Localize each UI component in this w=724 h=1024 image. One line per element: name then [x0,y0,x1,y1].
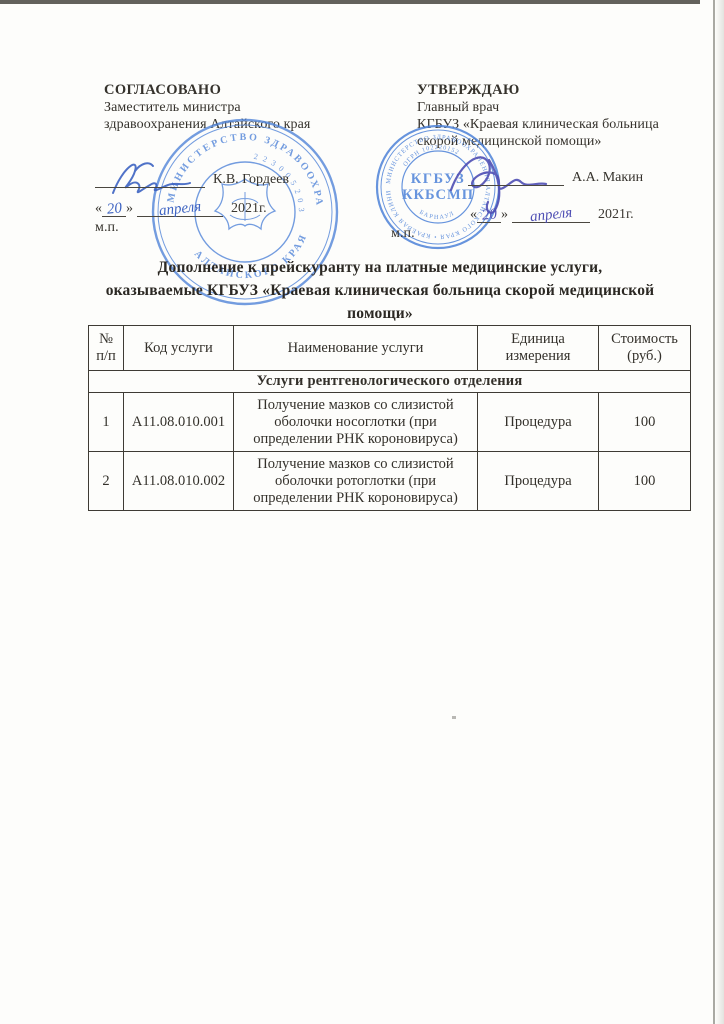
approve-date-month: апреля [512,208,590,223]
document-title-line3: помощи» [70,302,690,325]
header-unit: Единица измерения [478,326,599,371]
services-price-table: № п/п Код услуги Наименование услуги Еди… [88,325,691,511]
approve-date-day: 20 [477,208,501,223]
header-name: Наименование услуги [234,326,478,371]
approve-date-year: 2021г. [598,207,634,223]
approve-signatory-name: А.А. Макин [572,170,643,186]
document-title-line2: оказываемые КГБУЗ «Краевая клиническая б… [70,279,690,302]
table-header-row: № п/п Код услуги Наименование услуги Еди… [89,326,691,371]
approve-role-line2: КГБУЗ «Краевая клиническая больница [417,116,717,133]
approve-signature-row: А.А. Макин [468,170,643,186]
agree-signature-row: К.В. Гордеев [95,172,289,188]
document-title-line1: Дополнение к прейскуранту на платные мед… [70,256,690,279]
row-code: А11.08.010.002 [124,452,234,511]
agree-quote-close: » [126,201,133,217]
agree-signature-line [95,173,205,188]
row-num: 1 [89,393,124,452]
row-price: 100 [599,393,691,452]
agree-date-day: 20 [102,202,126,217]
agree-signatory-name: К.В. Гордеев [213,172,289,188]
table-row: 1 А11.08.010.001 Получение мазков со сли… [89,393,691,452]
approve-heading: УТВЕРЖДАЮ [417,82,717,99]
approve-date-row: « 20 » апреля 2021г. [470,207,634,223]
scan-top-edge-artifact [0,0,700,4]
section-title: Услуги рентгенологического отделения [89,371,691,393]
agree-date-month: апреля [137,202,223,217]
header-code: Код услуги [124,326,234,371]
row-service-name: Получение мазков со слизистой оболочки р… [234,452,478,511]
agree-heading: СОГЛАСОВАНО [104,82,404,99]
header-num: № п/п [89,326,124,371]
row-price: 100 [599,452,691,511]
agree-seal-mark: м.п. [95,219,119,236]
table-row: 2 А11.08.010.002 Получение мазков со сли… [89,452,691,511]
row-unit: Процедура [478,452,599,511]
row-code: А11.08.010.001 [124,393,234,452]
agree-role-line1: Заместитель министра [104,99,404,116]
approve-signature-line [468,171,564,186]
approve-quote-close: » [501,207,508,223]
agree-role-line2: здравоохранения Алтайского края [104,116,404,133]
row-service-name: Получение мазков со слизистой оболочки н… [234,393,478,452]
scanned-document-page: СОГЛАСОВАНО Заместитель министра здравоо… [0,0,724,1024]
agree-block: СОГЛАСОВАНО Заместитель министра здравоо… [104,82,404,133]
row-unit: Процедура [478,393,599,452]
approve-seal-mark: м.п. [391,225,415,242]
agree-quote-open: « [95,201,102,217]
table-section-row: Услуги рентгенологического отделения [89,371,691,393]
scan-right-edge-shadow [715,0,724,1024]
approve-quote-open: « [470,207,477,223]
approve-block: УТВЕРЖДАЮ Главный врач КГБУЗ «Краевая кл… [417,82,717,150]
approve-role-line1: Главный врач [417,99,717,116]
document-title: Дополнение к прейскуранту на платные мед… [70,256,690,325]
header-price: Стоимость (руб.) [599,326,691,371]
scan-speck [452,716,456,719]
agree-date-row: « 20 » апреля 2021г. [95,201,267,217]
row-num: 2 [89,452,124,511]
agree-date-year: 2021г. [231,201,267,217]
